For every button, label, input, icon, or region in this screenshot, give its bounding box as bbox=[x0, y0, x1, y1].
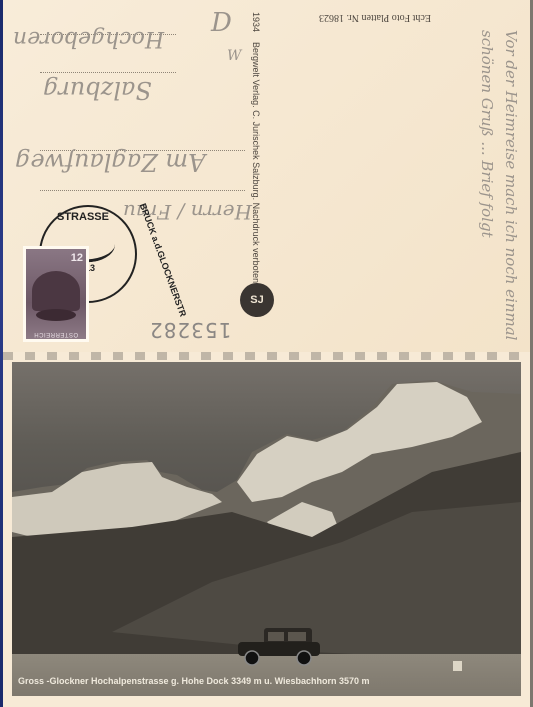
postage-stamp: 12 ÖSTERREICH bbox=[23, 246, 89, 342]
handwritten-message: Vor der Heimreise mach ich noch einmal s… bbox=[475, 30, 523, 350]
publisher-logo: SJ bbox=[240, 283, 274, 317]
inventory-number: 153282 bbox=[149, 318, 231, 342]
print-note: Echt Foto Platten Nr. 18623 bbox=[319, 12, 431, 23]
publisher-imprint: 1934 Bergwelt Verlag. C. Jurischek Salzb… bbox=[251, 12, 261, 286]
handwritten-address-1: Hochgeboren bbox=[13, 26, 164, 51]
stamp-value: 12 bbox=[71, 252, 83, 264]
card-divider bbox=[3, 352, 530, 360]
address-line-4 bbox=[40, 190, 245, 191]
vintage-car-icon bbox=[234, 626, 324, 666]
stamp-hat-icon bbox=[36, 309, 76, 321]
year-label: 1934 bbox=[251, 12, 261, 32]
stamp-country: ÖSTERREICH bbox=[26, 331, 86, 337]
road-sign bbox=[453, 661, 462, 671]
corner-mark-w: W bbox=[227, 48, 241, 64]
postcard-front-photo: Gross -Glockner Hochalpenstrasse g. Hohe… bbox=[12, 362, 521, 696]
postcard-back: Hochgeboren Salzburg Am Zaglaufweg Herrn… bbox=[3, 0, 530, 352]
photo-caption: Gross -Glockner Hochalpenstrasse g. Hohe… bbox=[18, 676, 370, 686]
address-line-2 bbox=[40, 72, 176, 73]
handwritten-address-3: Am Zaglaufweg bbox=[15, 148, 206, 176]
handwritten-address-2: Salzburg bbox=[43, 76, 152, 104]
publisher-text: Bergwelt Verlag. C. Jurischek Salzburg. … bbox=[251, 42, 261, 286]
postmark-top-text: STRASSE bbox=[57, 211, 109, 223]
corner-mark-d: D bbox=[211, 8, 232, 38]
stamp-portrait-icon bbox=[32, 271, 80, 311]
